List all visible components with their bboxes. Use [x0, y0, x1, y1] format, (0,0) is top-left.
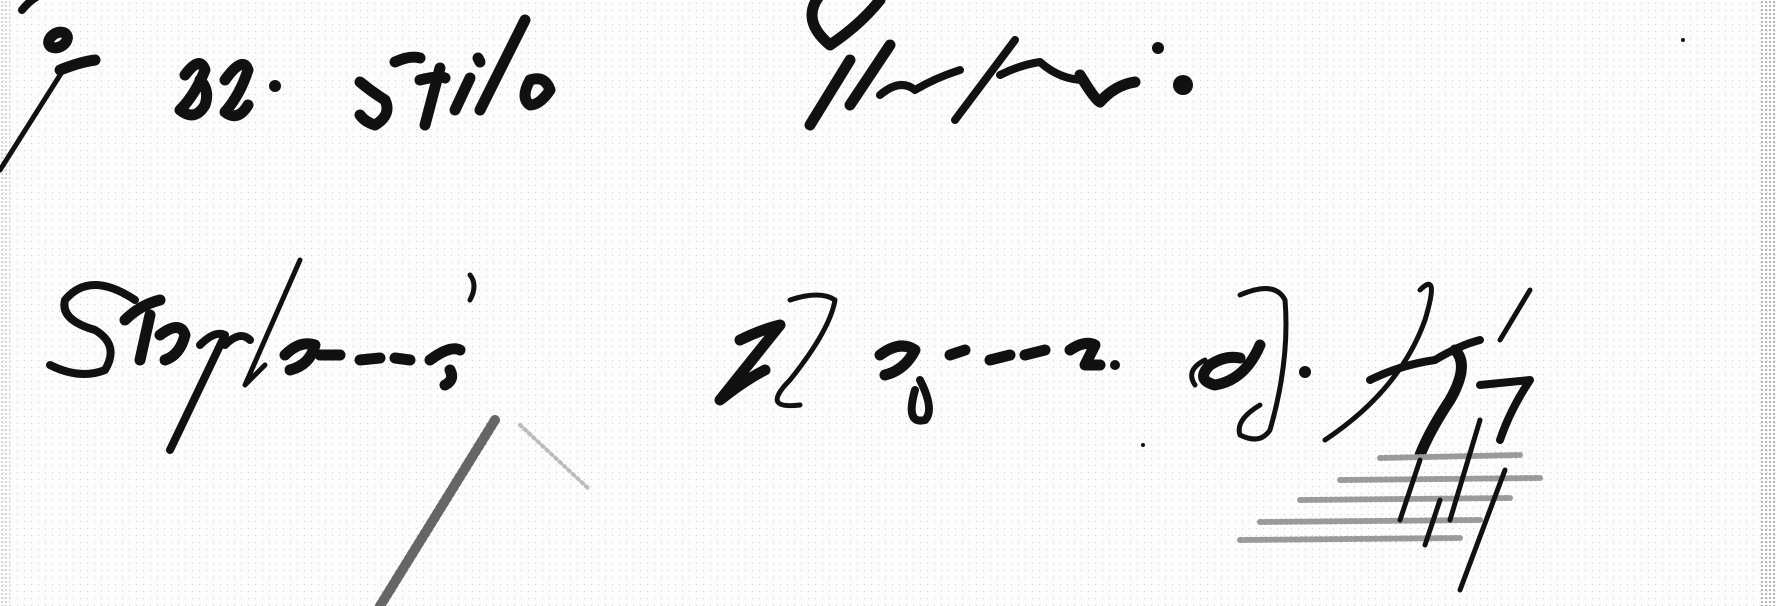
faint-chevron-mark — [380, 420, 590, 606]
line-2-handwriting — [50, 260, 1530, 455]
line-0-fragment — [0, 0, 95, 170]
handwriting-ink — [0, 0, 1776, 606]
crosshatch-flourish — [1240, 420, 1540, 590]
manuscript-page: 88 · Stilo Veteri · Stephanus Zagorec · … — [0, 0, 1776, 606]
line-1-handwriting — [180, 0, 1193, 125]
